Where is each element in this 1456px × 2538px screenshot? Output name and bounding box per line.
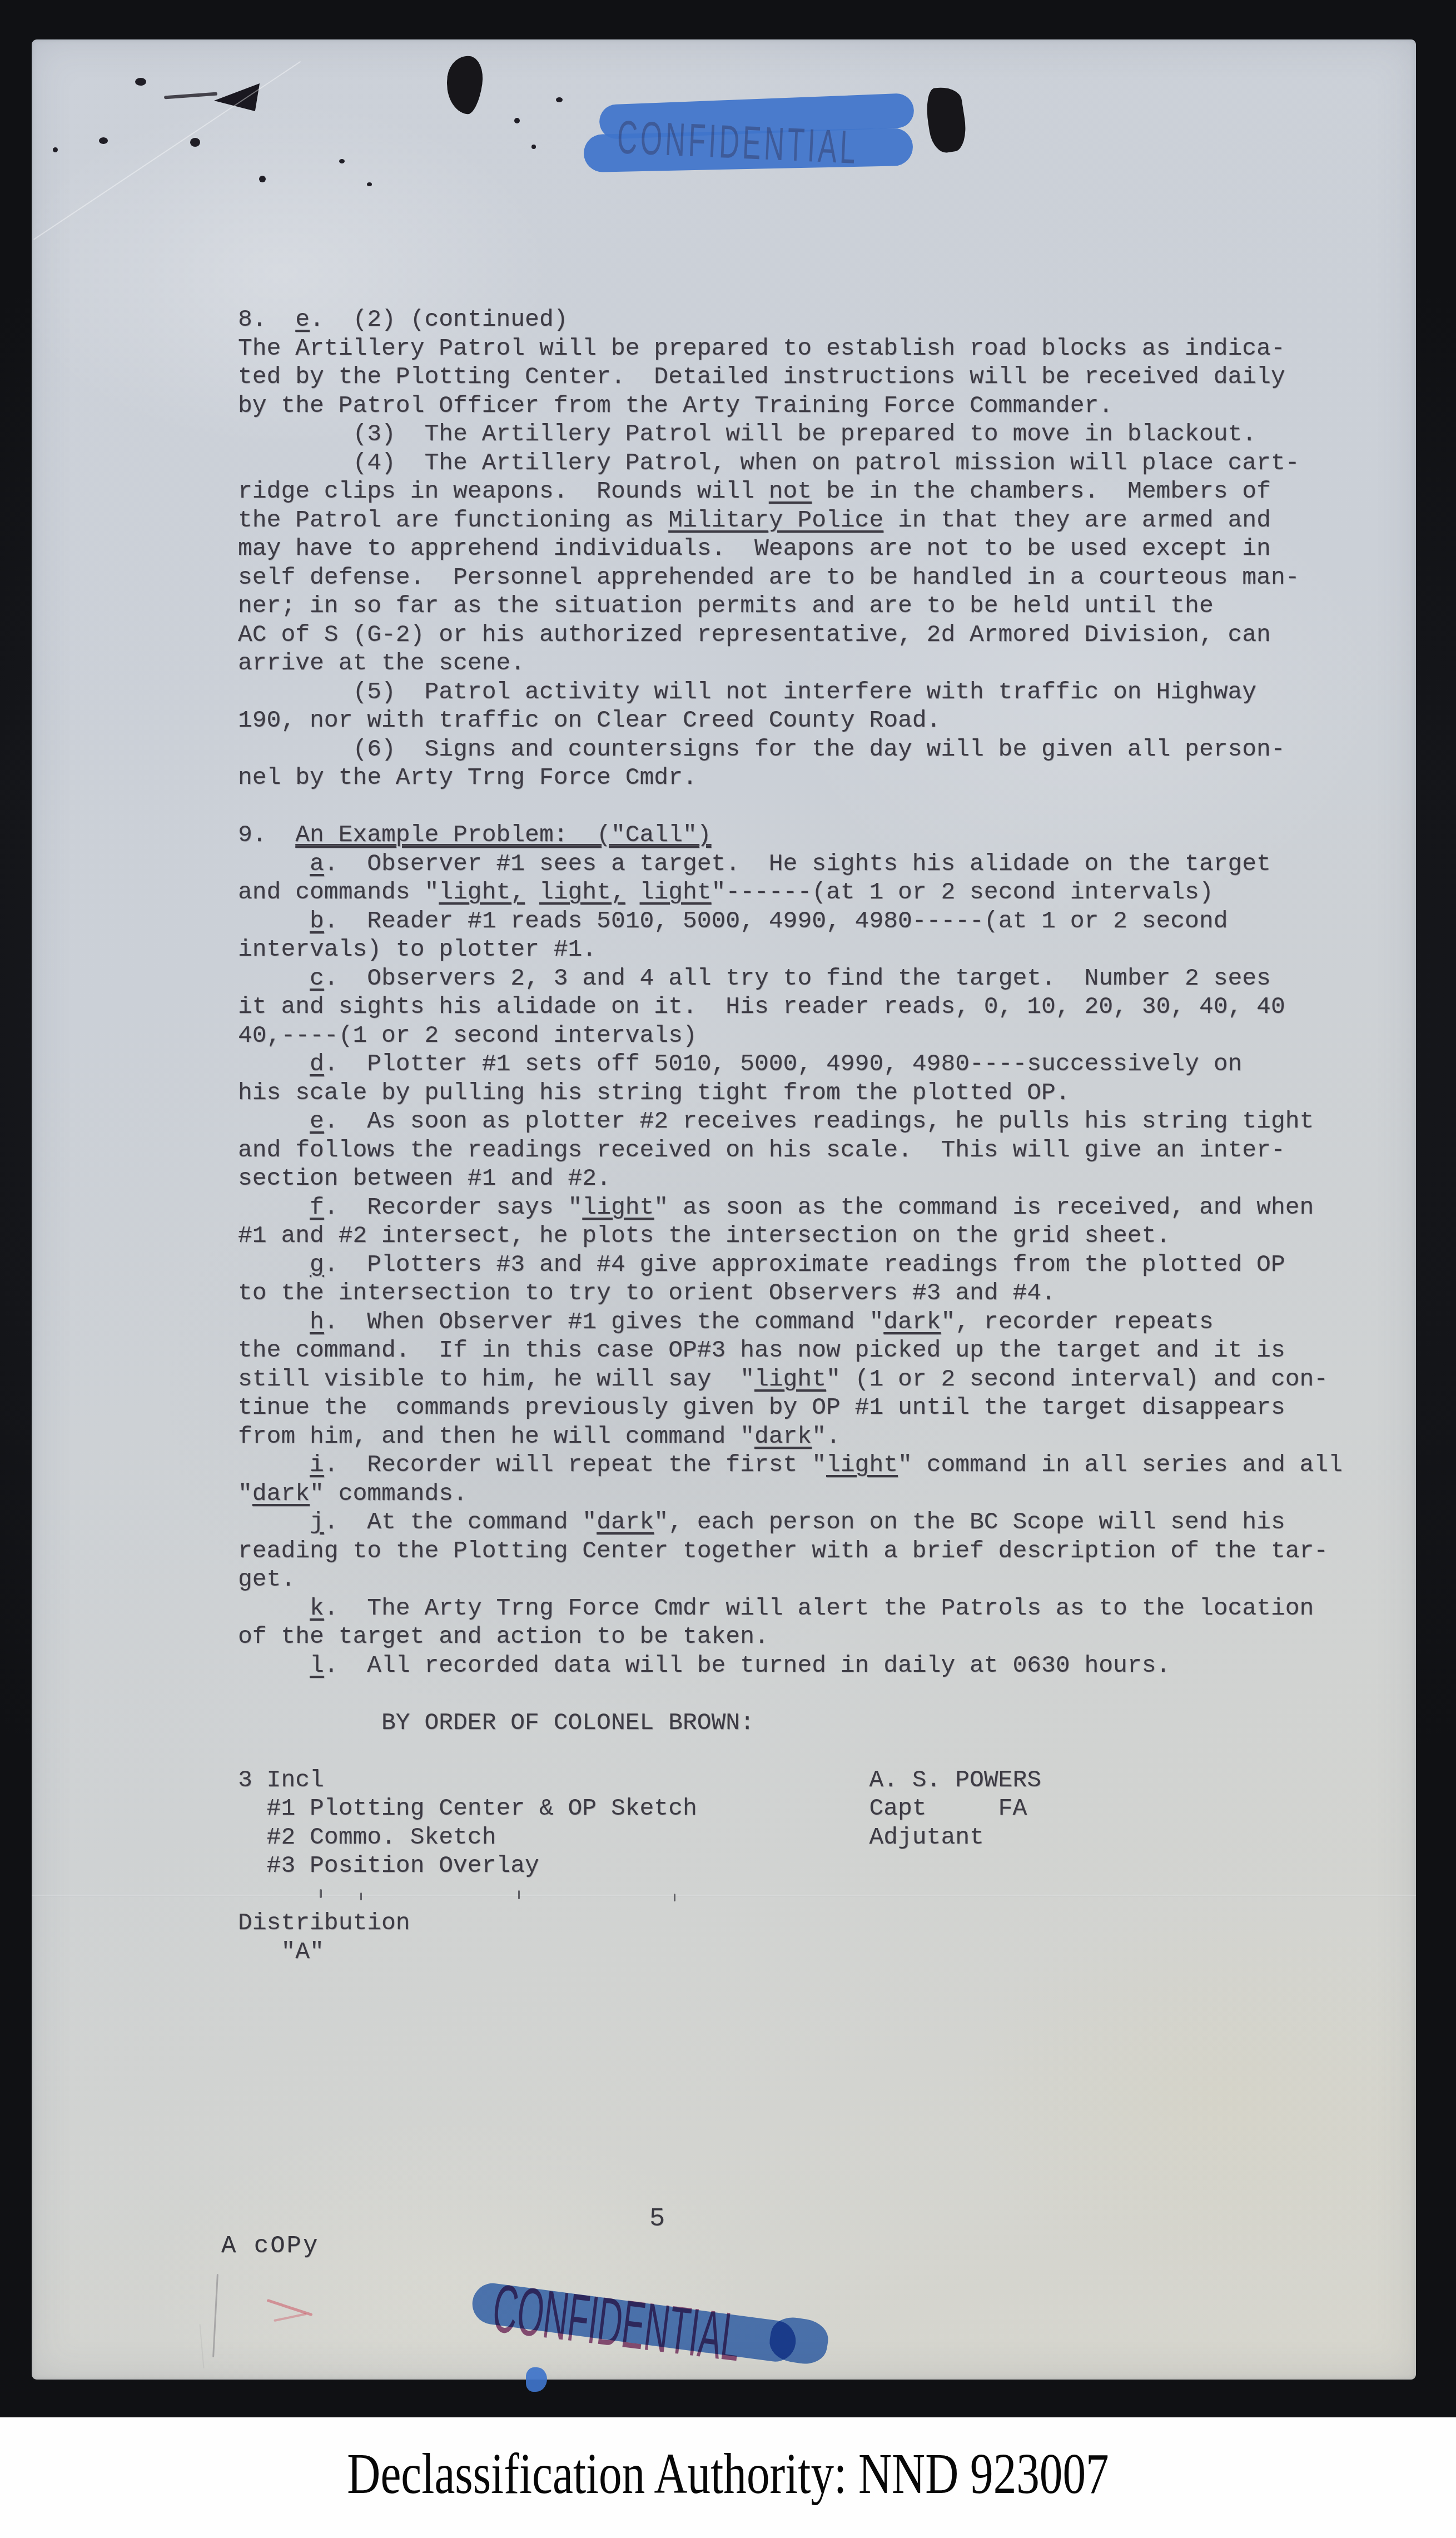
paper-mark (200, 2324, 205, 2368)
text-line: tinue the commands previously given by O… (238, 1393, 1343, 1422)
confidential-stamp-top-text: CONFIDENTIAL (616, 113, 859, 171)
text-line: 190, nor with traffic on Clear Creed Cou… (238, 706, 1343, 735)
copy-note: A cOPy (221, 2232, 319, 2260)
paper-speck (531, 145, 536, 149)
text-line: (6) Signs and countersigns for the day w… (238, 735, 1343, 764)
text-line: (3) The Artillery Patrol will be prepare… (238, 420, 1343, 449)
text-line: to the intersection to try to orient Obs… (238, 1279, 1343, 1308)
paper-speck (190, 138, 200, 147)
scan-scratch (33, 61, 301, 240)
text-line: #3 Position Overlay (238, 1851, 1343, 1880)
text-line: it and sights his alidade on it. His rea… (238, 992, 1343, 1021)
text-line: c. Observers 2, 3 and 4 all try to find … (238, 964, 1343, 993)
paper-speck (259, 176, 266, 182)
text-line: self defense. Personnel apprehended are … (238, 563, 1343, 592)
text-line: still visible to him, he will say "light… (238, 1365, 1343, 1394)
text-line: intervals) to plotter #1. (238, 935, 1343, 964)
paper-speck (339, 159, 345, 163)
text-line: #1 Plotting Center & OP Sketch Capt FA (238, 1794, 1343, 1823)
scanned-document-view: CONFIDENTIAL 8. e. (2) (continued)The Ar… (0, 0, 1456, 2538)
text-line: get. (238, 1565, 1343, 1594)
page-number: 5 (649, 2204, 665, 2234)
text-line: e. As soon as plotter #2 receives readin… (238, 1107, 1343, 1136)
typewritten-body: 8. e. (2) (continued)The Artillery Patro… (238, 305, 1343, 1966)
text-line: b. Reader #1 reads 5010, 5000, 4990, 498… (238, 907, 1343, 936)
text-line: Distribution (238, 1909, 1343, 1938)
text-line: 3 Incl A. S. POWERS (238, 1766, 1343, 1795)
text-line: ted by the Plotting Center. Detailed ins… (238, 362, 1343, 391)
text-line: AC of S (G-2) or his authorized represen… (238, 620, 1343, 649)
text-line: of the target and action to be taken. (238, 1622, 1343, 1651)
text-line: arrive at the scene. (238, 649, 1343, 678)
paper-speck (367, 182, 372, 186)
declassification-text: Declassification Authority: NND 923007 (146, 2441, 1310, 2507)
paper-speck (514, 118, 520, 123)
text-line: l. All recorded data will be turned in d… (238, 1651, 1343, 1680)
paper-mark (212, 2274, 218, 2357)
text-line: h. When Observer #1 gives the command "d… (238, 1308, 1343, 1337)
document-page: CONFIDENTIAL 8. e. (2) (continued)The Ar… (32, 39, 1416, 2380)
text-line: i. Recorder will repeat the first "light… (238, 1451, 1343, 1479)
text-line: "A" (238, 1938, 1343, 1966)
text-line (238, 1680, 1343, 1708)
paper-speck (135, 78, 146, 86)
text-line: his scale by pulling his string tight fr… (238, 1079, 1343, 1107)
paper-speck (53, 147, 58, 152)
text-line: 40,----(1 or 2 second intervals) (238, 1021, 1343, 1050)
text-line (238, 1880, 1343, 1909)
text-line: the Patrol are functioning as Military P… (238, 506, 1343, 535)
text-line: "dark" commands. (238, 1479, 1343, 1508)
text-line: 8. e. (2) (continued) (238, 305, 1343, 334)
text-line: ner; in so far as the situation permits … (238, 592, 1343, 620)
text-line: #1 and #2 intersect, he plots the inters… (238, 1221, 1343, 1250)
text-line (238, 792, 1343, 821)
text-line: and follows the readings received on his… (238, 1136, 1343, 1165)
text-line: (5) Patrol activity will not interfere w… (238, 678, 1343, 707)
red-pencil-mark (274, 2313, 307, 2322)
text-line: 9. An Example Problem: ("Call") (238, 821, 1343, 850)
paper-speck (556, 97, 563, 102)
paper-tear (214, 83, 260, 111)
text-line: k. The Arty Trng Force Cmdr will alert t… (238, 1594, 1343, 1623)
text-line: (4) The Artillery Patrol, when on patrol… (238, 449, 1343, 478)
text-line: and commands "light, light, light"------… (238, 878, 1343, 907)
text-line: #2 Commo. Sketch Adjutant (238, 1823, 1343, 1852)
text-line: a. Observer #1 sees a target. He sights … (238, 850, 1343, 878)
text-line: by the Patrol Officer from the Arty Trai… (238, 391, 1343, 420)
text-line: from him, and then he will command "dark… (238, 1422, 1343, 1451)
text-line: BY ORDER OF COLONEL BROWN: (238, 1708, 1343, 1737)
paper-speck (99, 137, 108, 144)
confidential-stamp-top: CONFIDENTIAL (584, 95, 951, 195)
text-line: may have to apprehend individuals. Weapo… (238, 534, 1343, 563)
text-line: g. Plotters #3 and #4 give approximate r… (238, 1250, 1343, 1279)
text-line: the command. If in this case OP#3 has no… (238, 1336, 1343, 1365)
text-line: The Artillery Patrol will be prepared to… (238, 334, 1343, 363)
text-line: j. At the command "dark", each person on… (238, 1508, 1343, 1537)
blue-marker-dot (526, 2367, 547, 2392)
text-line (238, 1737, 1343, 1766)
confidential-stamp-bottom: CONFIDENTIAL (467, 2235, 867, 2418)
text-line: section between #1 and #2. (238, 1164, 1343, 1193)
text-line: d. Plotter #1 sets off 5010, 5000, 4990,… (238, 1050, 1343, 1079)
punch-hole-left (443, 53, 486, 116)
declassification-bar: Declassification Authority: NND 923007 (0, 2417, 1456, 2538)
text-line: ridge clips in weapons. Rounds will not … (238, 477, 1343, 506)
text-line: reading to the Plotting Center together … (238, 1537, 1343, 1566)
text-line: f. Recorder says "light" as soon as the … (238, 1193, 1343, 1222)
text-line: nel by the Arty Trng Force Cmdr. (238, 763, 1343, 792)
paper-tear-line (164, 92, 217, 100)
